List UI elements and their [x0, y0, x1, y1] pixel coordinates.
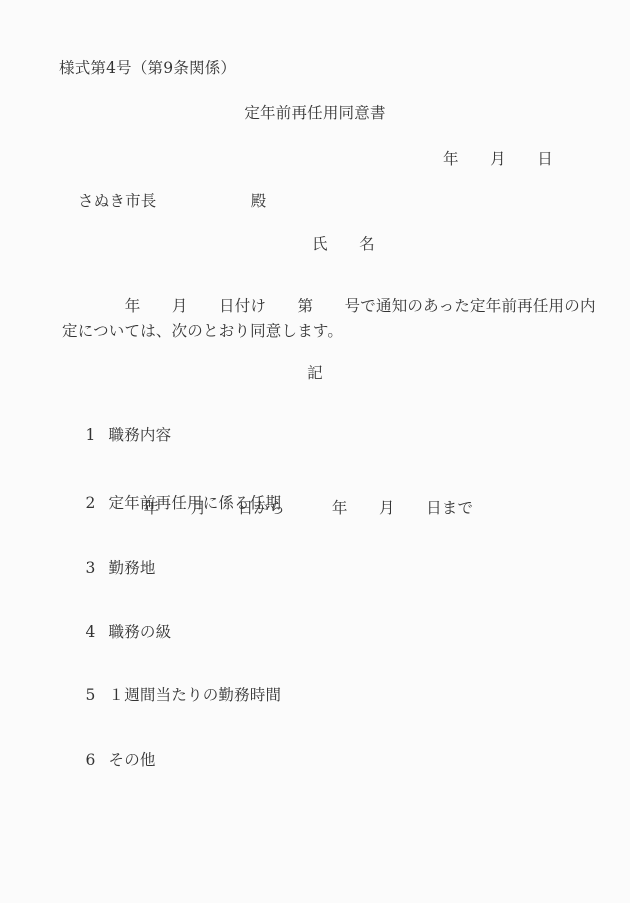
body-paragraph-line-2: 定については、次のとおり同意します。: [62, 323, 343, 341]
item-number: 1: [86, 427, 109, 445]
list-item-1: 1職務内容: [65, 409, 171, 462]
date-line: 年 月 日: [443, 151, 553, 169]
list-item-4: 4職務の級: [65, 606, 171, 659]
item-number: 3: [86, 560, 109, 578]
item-label: １週間当たりの勤務時間: [109, 686, 282, 704]
item-number: 5: [86, 687, 109, 705]
name-label: 氏 名: [312, 236, 375, 254]
form-number: 様式第4号（第9条関係）: [59, 60, 236, 78]
body-paragraph-line-1: 年 月 日付け 第 号で通知のあった定年前再任用の内: [62, 298, 596, 316]
item-label: その他: [109, 751, 156, 769]
item-label: 職務の級: [109, 623, 172, 641]
addressee-line: さぬき市長 殿: [78, 193, 266, 211]
document-page: 様式第4号（第9条関係） 定年前再任用同意書 年 月 日 さぬき市長 殿 氏 名…: [0, 0, 630, 903]
list-item-6: 6その他: [65, 734, 156, 787]
item-label: 勤務地: [109, 559, 156, 577]
list-item-3: 3勤務地: [65, 542, 156, 595]
item-label: 職務内容: [109, 426, 172, 444]
item-2-term-line: 年 月 日から 年 月 日まで: [65, 500, 473, 518]
list-item-5: 5１週間当たりの勤務時間: [65, 669, 281, 722]
document-title: 定年前再任用同意書: [0, 105, 630, 123]
note-marker: 記: [0, 365, 630, 383]
item-number: 4: [86, 624, 109, 642]
item-number: 6: [86, 752, 109, 770]
